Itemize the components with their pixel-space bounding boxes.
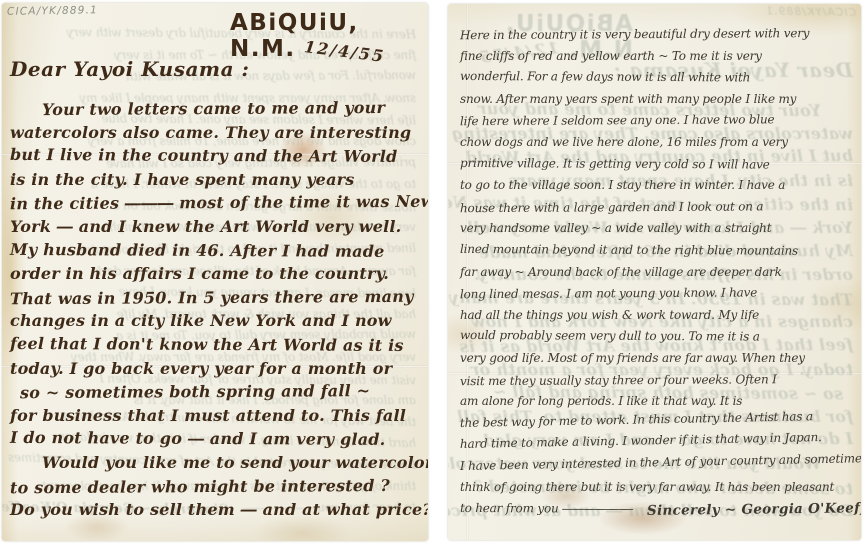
letter-line: fine cliffs of red and yellow earth ~ To… xyxy=(460,46,859,68)
letter-line: very handsome valley ~ a wide valley wit… xyxy=(460,218,859,240)
letter-line: had all the things you wish & work towar… xyxy=(460,305,859,327)
letter-line: think of going there but it is very far … xyxy=(460,477,859,499)
letter-line: far away ~ Around back of the village ar… xyxy=(460,262,859,284)
letter-line: but I live in the country and the Art Wo… xyxy=(10,143,426,169)
letter-line: My husband died in 46. After I had made xyxy=(10,237,426,263)
letter-body-right: Here in the country it is very beautiful… xyxy=(460,24,859,521)
letter-scan: Here in the country it is very beautiful… xyxy=(0,0,863,544)
letter-line: That was in 1950. In 5 years there are m… xyxy=(10,284,426,310)
signature: Sincerely ~ Georgia O'Keeffe xyxy=(647,498,861,522)
letter-line: lined mountain beyond it and to the righ… xyxy=(460,239,859,263)
letter-line: to some dealer who might be interested ? xyxy=(10,473,426,499)
letter-line: Your two letters came to me and your xyxy=(10,96,426,122)
letter-line: snow. After many years spent with many p… xyxy=(460,89,859,111)
archive-mark: CICA/YK/889.1 xyxy=(7,4,98,18)
letter-line: wonderful. For a few days now it is all … xyxy=(460,66,859,90)
page-left-text-layer: CICA/YK/889.1 ABiQUiU, N.M. 12/4/55 Dear… xyxy=(2,3,428,541)
letter-line: house there with a large garden and I lo… xyxy=(460,196,859,220)
letter-line: I do not have to go ― and I am very glad… xyxy=(10,426,426,452)
letter-page-left: Here in the country it is very beautiful… xyxy=(2,3,428,541)
letter-line: Would you like me to send your watercolo… xyxy=(10,451,426,475)
letter-line: would probably seem very dull to you. To… xyxy=(460,325,859,349)
letter-line: Here in the country it is very beautiful… xyxy=(460,23,859,47)
letter-line: chow dogs and we live here alone, 16 mil… xyxy=(460,132,859,154)
letter-body-left: Your two letters came to me and your wat… xyxy=(10,97,426,522)
letter-line: visit me they usually stay three or four… xyxy=(460,368,859,392)
letter-page-right: CICA/YK/889.1 ABiQUiU, N.M. 12/4/55 Dear… xyxy=(448,4,861,540)
letter-line: changes in a city like New York and I no… xyxy=(10,309,426,333)
letter-line: watercolors also came. They are interest… xyxy=(10,121,426,145)
letter-closing-line: to hear from you ―――――― Sincerely ~ Geor… xyxy=(460,498,859,522)
letter-line: primitive village. It is getting very co… xyxy=(460,153,859,177)
page-right-text-layer: Here in the country it is very beautiful… xyxy=(448,4,861,540)
letter-line: Do you wish to sell them ― and at what p… xyxy=(10,498,426,522)
letter-line: for business that I must attend to. This… xyxy=(10,404,426,428)
letter-line: today. I go back every year for a month … xyxy=(10,357,426,381)
letter-line: long lined mesas. I am not young you kno… xyxy=(460,282,859,306)
letter-line: order in his affairs I came to the count… xyxy=(10,262,426,286)
letter-line: very good life. Most of my friends are f… xyxy=(460,348,859,370)
letter-line: life here where I seldom see any one. I … xyxy=(460,109,859,133)
letter-line: is in the city. I have spent many years xyxy=(10,168,426,192)
letter-salutation: Dear Yayoi Kusama : xyxy=(10,57,249,81)
closing-text: to hear from you ―――――― xyxy=(460,498,633,520)
letter-line: feel that I don't know the Art World as … xyxy=(10,332,426,358)
letter-line: to go to the village soon. I stay there … xyxy=(460,175,859,197)
letter-line: so ~ sometimes both spring and fall ~ xyxy=(10,379,426,405)
letter-line: York ― and I knew the Art World very wel… xyxy=(10,215,426,239)
letter-line: in the cities ――― most of the time it wa… xyxy=(10,190,426,216)
